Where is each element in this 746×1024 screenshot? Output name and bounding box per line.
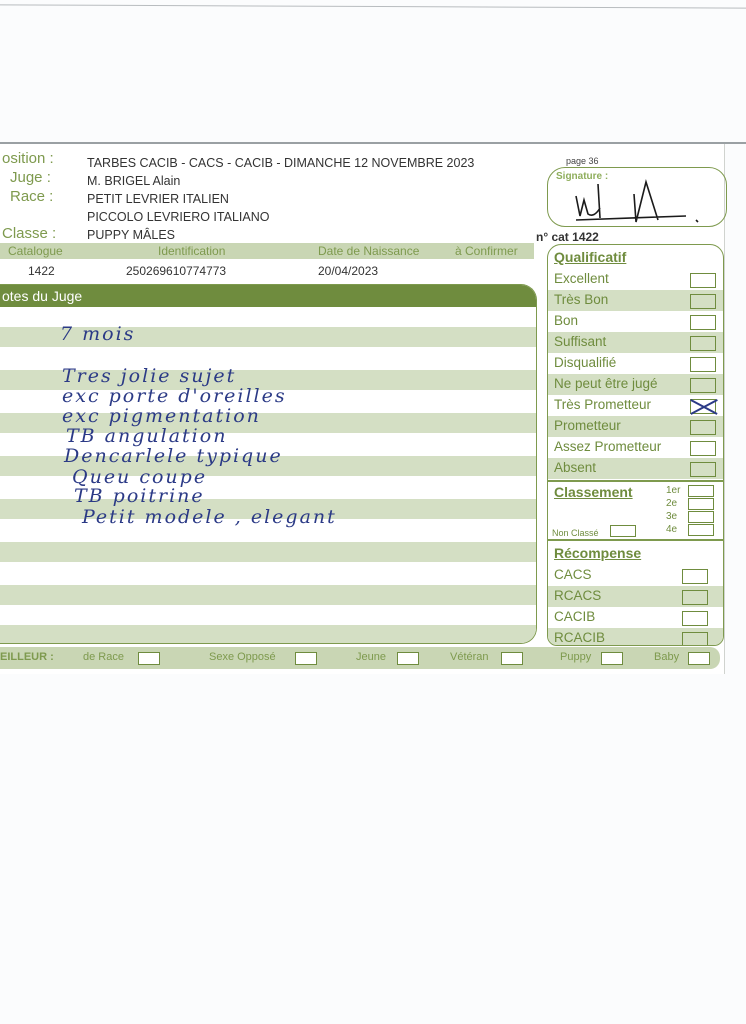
judge-notes-title: otes du Juge	[0, 285, 536, 307]
rank-1-label: 1er	[666, 485, 680, 496]
option-label: Suffisant	[554, 334, 606, 349]
col-identification: Identification	[158, 244, 225, 258]
option-label: Assez Prometteur	[554, 439, 661, 454]
rank-3-checkbox[interactable]	[688, 511, 714, 523]
juge-value: M. BRIGEL Alain	[87, 174, 180, 188]
cell-identification: 250269610774773	[126, 264, 226, 278]
checkbox[interactable]	[690, 357, 716, 372]
qualificatif-tres-prometteur[interactable]: Très Prometteur	[548, 395, 723, 416]
label-exposition: osition :	[2, 150, 54, 167]
checkbox[interactable]	[690, 294, 716, 309]
note-line: exc porte d'oreilles	[62, 385, 287, 407]
qualificatif-panel: Qualificatif Excellent Très Bon Bon Suff…	[547, 244, 724, 646]
recompense-title: Récompense	[554, 545, 641, 561]
label-classe: Classe :	[2, 225, 56, 242]
scan-edge-line	[0, 4, 746, 8]
qualificatif-assez-prometteur[interactable]: Assez Prometteur	[548, 437, 723, 458]
catalogue-table-header: Catalogue Identification Date de Naissan…	[0, 243, 534, 259]
exposition-value: TARBES CACIB - CACS - CACIB - DIMANCHE 1…	[87, 156, 474, 170]
meilleur-de-race-label: de Race	[83, 651, 124, 663]
rank-1-checkbox[interactable]	[688, 485, 714, 497]
checkbox[interactable]	[690, 336, 716, 351]
option-label: Excellent	[554, 271, 609, 286]
checkbox[interactable]	[682, 611, 708, 626]
cell-catalogue: 1422	[28, 264, 55, 278]
race-fr-value: PETIT LEVRIER ITALIEN	[87, 192, 229, 206]
checkbox-checked[interactable]	[690, 399, 716, 414]
cell-date-naissance: 20/04/2023	[318, 264, 378, 278]
option-label: RCACIB	[554, 630, 605, 645]
checkbox[interactable]	[690, 462, 716, 477]
checkbox[interactable]	[690, 441, 716, 456]
recompense-cacib[interactable]: CACIB	[548, 607, 723, 628]
stripe	[0, 625, 536, 644]
note-line: Petit modele , elegant	[82, 506, 337, 528]
judge-report-card: osition : Juge : Race : Classe : TARBES …	[0, 144, 725, 674]
checkbox[interactable]	[690, 315, 716, 330]
option-label: CACIB	[554, 609, 595, 624]
judge-notes-panel: otes du Juge 7 mois Tres jolie sujet exc…	[0, 284, 537, 644]
option-label: Ne peut être jugé	[554, 376, 658, 391]
non-classe-checkbox[interactable]	[610, 525, 636, 537]
signature-box: Signature :	[547, 167, 727, 227]
option-label: Bon	[554, 313, 578, 328]
qualificatif-absent[interactable]: Absent	[548, 458, 723, 479]
recompense-rcacs[interactable]: RCACS	[548, 586, 723, 607]
option-label: CACS	[554, 567, 592, 582]
checkbox[interactable]	[682, 632, 708, 646]
option-label: Prometteur	[554, 418, 621, 433]
col-catalogue: Catalogue	[8, 244, 63, 258]
note-line: 7 mois	[60, 323, 135, 345]
note-line: TB angulation	[66, 425, 227, 447]
note-line: exc pigmentation	[62, 405, 261, 427]
option-label: Très Prometteur	[554, 397, 651, 412]
meilleur-jeune-checkbox[interactable]	[397, 652, 419, 665]
checkbox[interactable]	[690, 273, 716, 288]
rank-2-checkbox[interactable]	[688, 498, 714, 510]
divider	[548, 480, 723, 482]
note-line: Dencarlele typique	[64, 445, 283, 467]
label-juge: Juge :	[10, 169, 51, 186]
meilleur-baby-label: Baby	[654, 651, 679, 663]
rank-4-checkbox[interactable]	[688, 524, 714, 536]
divider	[548, 539, 723, 541]
rank-3-label: 3e	[666, 511, 677, 522]
note-line: Tres jolie sujet	[62, 365, 236, 387]
checkbox[interactable]	[682, 590, 708, 605]
meilleur-baby-checkbox[interactable]	[688, 652, 710, 665]
qualificatif-bon[interactable]: Bon	[548, 311, 723, 332]
meilleur-puppy-label: Puppy	[560, 651, 591, 663]
checkbox[interactable]	[690, 420, 716, 435]
meilleur-sexe-oppose-label: Sexe Opposé	[209, 651, 276, 663]
qualificatif-ne-peut-etre-juge[interactable]: Ne peut être jugé	[548, 374, 723, 395]
qualificatif-excellent[interactable]: Excellent	[548, 269, 723, 290]
page-number: page 36	[566, 156, 599, 166]
col-a-confirmer: à Confirmer	[455, 244, 518, 258]
note-line: TB poitrine	[74, 485, 205, 507]
checkbox[interactable]	[690, 378, 716, 393]
rank-4-label: 4e	[666, 524, 677, 535]
meilleur-veteran-checkbox[interactable]	[501, 652, 523, 665]
meilleur-bar: EILLEUR : de Race Sexe Opposé Jeune Vété…	[0, 647, 720, 669]
meilleur-jeune-label: Jeune	[356, 651, 386, 663]
meilleur-de-race-checkbox[interactable]	[138, 652, 160, 665]
qualificatif-disqualifie[interactable]: Disqualifié	[548, 353, 723, 374]
classe-value: PUPPY MÂLES	[87, 228, 175, 242]
meilleur-sexe-oppose-checkbox[interactable]	[295, 652, 317, 665]
recompense-rcacib[interactable]: RCACIB	[548, 628, 723, 646]
qualificatif-tres-bon[interactable]: Très Bon	[548, 290, 723, 311]
race-it-value: PICCOLO LEVRIERO ITALIANO	[87, 210, 269, 224]
stripe	[0, 585, 536, 605]
qualificatif-suffisant[interactable]: Suffisant	[548, 332, 723, 353]
option-label: Absent	[554, 460, 596, 475]
col-date-naissance: Date de Naissance	[318, 244, 419, 258]
qualificatif-prometteur[interactable]: Prometteur	[548, 416, 723, 437]
recompense-cacs[interactable]: CACS	[548, 565, 723, 586]
meilleur-veteran-label: Vétéran	[450, 651, 489, 663]
classement-title: Classement	[554, 484, 633, 500]
checkbox[interactable]	[682, 569, 708, 584]
catalogue-number: n° cat 1422	[536, 230, 599, 244]
rank-2-label: 2e	[666, 498, 677, 509]
meilleur-label: EILLEUR :	[0, 651, 54, 663]
label-race: Race :	[10, 188, 53, 205]
stripe	[0, 542, 536, 562]
meilleur-puppy-checkbox[interactable]	[601, 652, 623, 665]
option-label: Très Bon	[554, 292, 608, 307]
qualificatif-title: Qualificatif	[554, 249, 626, 265]
option-label: RCACS	[554, 588, 601, 603]
signature-scribble-icon	[566, 176, 716, 224]
option-label: Disqualifié	[554, 355, 616, 370]
non-classe-label: Non Classé	[552, 528, 599, 538]
